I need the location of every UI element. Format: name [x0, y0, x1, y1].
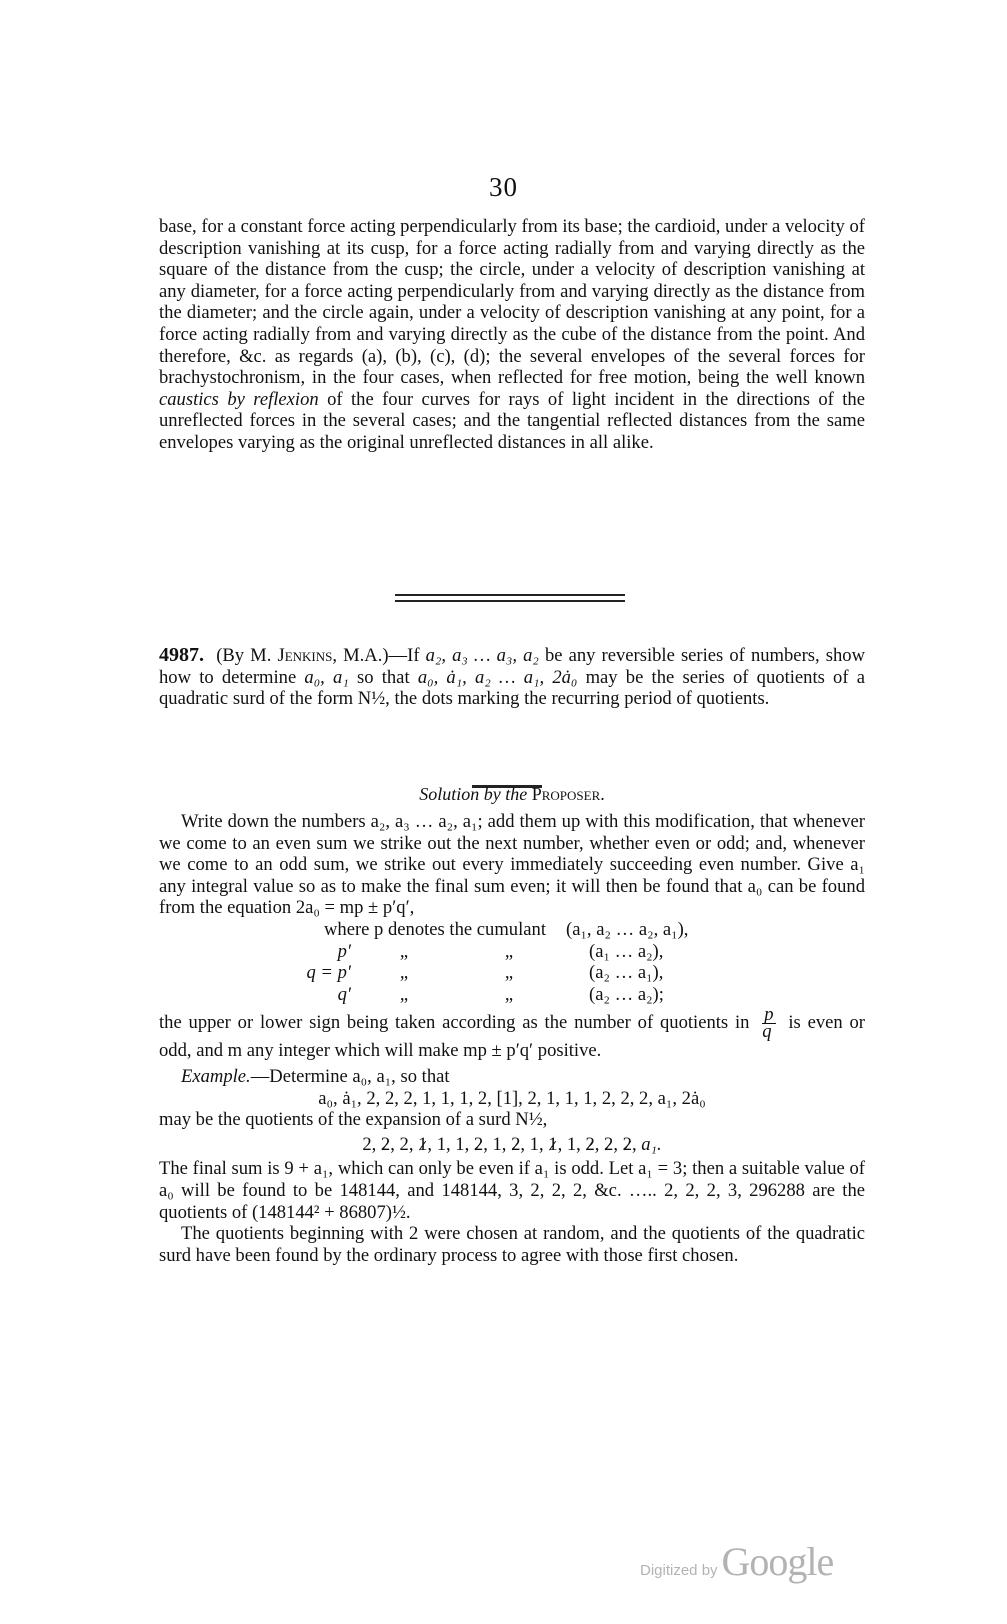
watermark-prefix: Digitized by — [640, 1562, 718, 1579]
author-name: Jenkins — [277, 645, 332, 666]
example-label: Example. — [181, 1066, 251, 1087]
emphasis-text: caustics by reflexion — [159, 389, 319, 410]
solution-paragraph: may be the quotients of the expansion of… — [159, 1109, 865, 1131]
paragraph-text: base, for a constant force acting perpen… — [159, 216, 865, 388]
solution-paragraph: Write down the numbers a₂, a₃ … a₂, a₁; … — [159, 811, 865, 919]
problem-number: 4987. — [159, 644, 204, 666]
problem-text: so that — [349, 667, 418, 688]
formula-row: q′ „ „ (a₂ … a₂); — [159, 984, 865, 1006]
digitized-by-google-watermark: Digitized by Google — [640, 1538, 833, 1585]
math-expression: a₀, ȧ₁, a₂ … a₁, 2ȧ₀ — [418, 667, 578, 688]
example-series: a₀, ȧ₁, 2, 2, 2, 1, 1, 1, 2, [1], 2, 1, … — [159, 1088, 865, 1110]
problem-statement: 4987. (By M. Jenkins, M.A.)—If a₂, a₃ … … — [159, 645, 865, 710]
formula-row: p′ „ „ (a₁ … a₂), — [159, 941, 865, 963]
solution-section: Solution by the Proposer. Write down the… — [159, 784, 865, 1266]
google-logo: Google — [722, 1539, 834, 1584]
solution-paragraph: The final sum is 9 + a₁, which can only … — [159, 1158, 865, 1223]
math-expression: a₀, a₁ — [304, 667, 348, 688]
continued-paragraph: base, for a constant force acting perpen… — [159, 216, 865, 454]
solution-paragraph: the upper or lower sign being taken acco… — [159, 1007, 865, 1062]
example-paragraph: Example.—Determine a₀, a₁, so that — [159, 1066, 865, 1088]
page-number: 30 — [0, 172, 1007, 203]
fraction-p-over-q: pq — [762, 1007, 775, 1040]
author-prefix: (By M. — [216, 645, 277, 666]
math-expression: a₂, a₃ … a₃, a₂ — [426, 645, 539, 666]
section-divider — [395, 594, 625, 602]
solution-title: Solution by the Proposer. — [159, 784, 865, 805]
formula-row: q = p′ „ „ (a₂ … a₁), — [159, 962, 865, 984]
struck-series: 2, 2, 2, 1, 1, 1, 2, 1, 2, 1, 1, 1, 2, 2… — [159, 1134, 865, 1156]
cumulant-definitions: where p denotes the cumulant (a₁, a₂ … a… — [159, 919, 865, 1005]
author-suffix: , M.A.)—If — [332, 645, 425, 666]
formula-row: where p denotes the cumulant (a₁, a₂ … a… — [159, 919, 865, 941]
solution-paragraph: The quotients beginning with 2 were chos… — [159, 1223, 865, 1266]
